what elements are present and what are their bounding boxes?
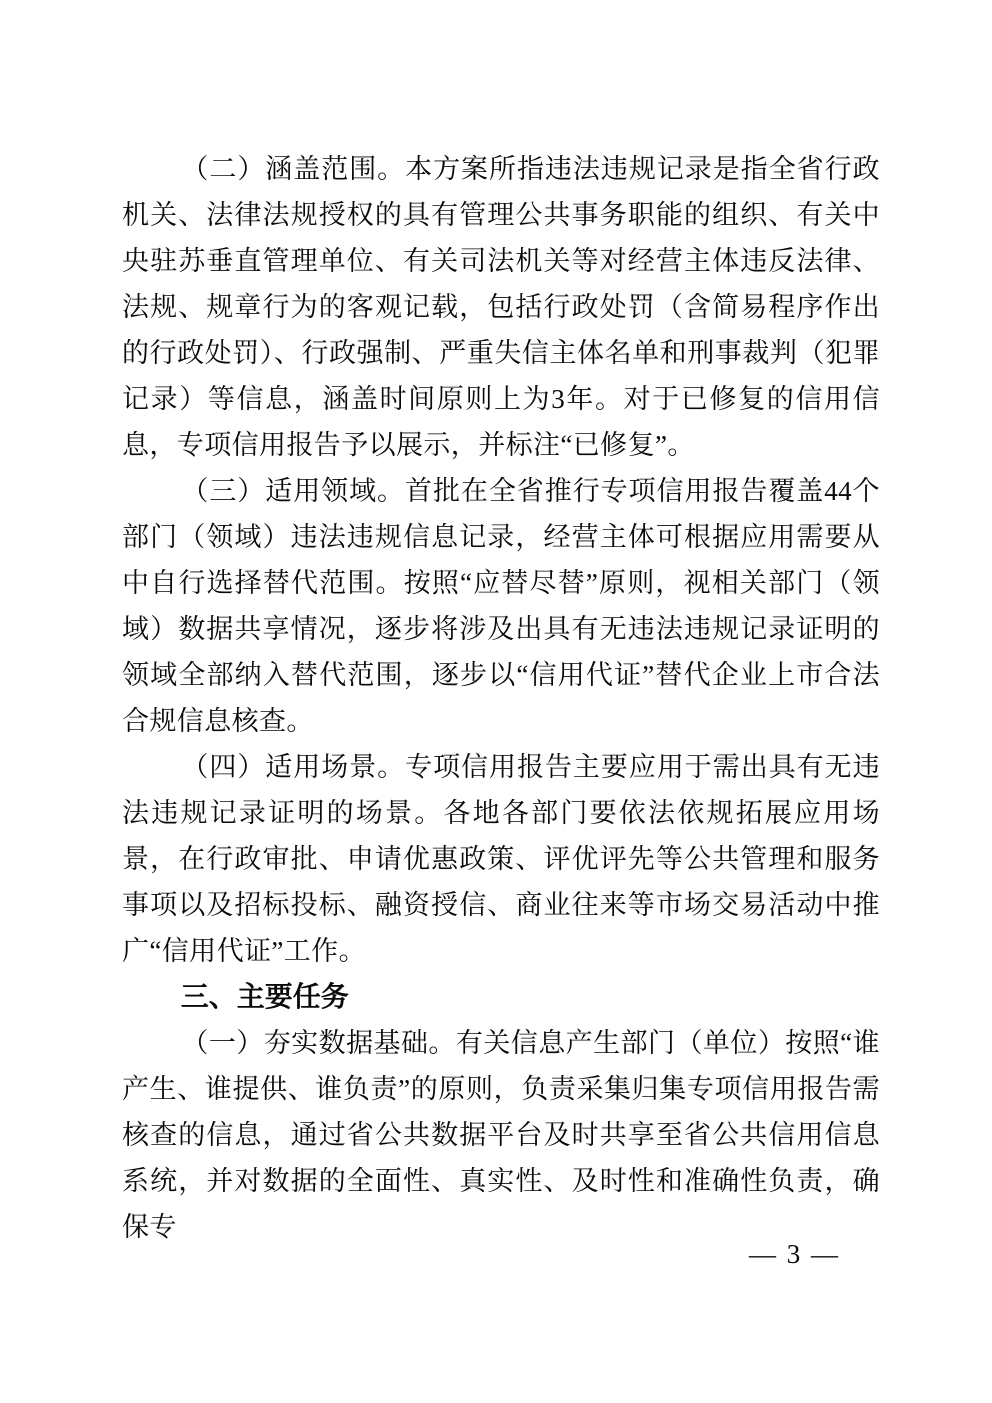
paragraph-applicable-scenarios: （四）适用场景。专项信用报告主要应用于需出具有无违法违规记录证明的场景。各地各部…	[122, 744, 880, 974]
section-heading-main-tasks: 三、主要任务	[122, 974, 880, 1020]
document-page: （二）涵盖范围。本方案所指违法违规记录是指全省行政机关、法律法规授权的具有管理公…	[0, 0, 992, 1403]
paragraph-applicable-fields: （三）适用领域。首批在全省推行专项信用报告覆盖44个部门（领域）违法违规信息记录…	[122, 468, 880, 744]
paragraph-coverage-scope: （二）涵盖范围。本方案所指违法违规记录是指全省行政机关、法律法规授权的具有管理公…	[122, 146, 880, 468]
page-number: — 3 —	[749, 1238, 840, 1270]
document-body: （二）涵盖范围。本方案所指违法违规记录是指全省行政机关、法律法规授权的具有管理公…	[122, 146, 880, 1250]
paragraph-data-foundation: （一）夯实数据基础。有关信息产生部门（单位）按照“谁产生、谁提供、谁负责”的原则…	[122, 1020, 880, 1250]
